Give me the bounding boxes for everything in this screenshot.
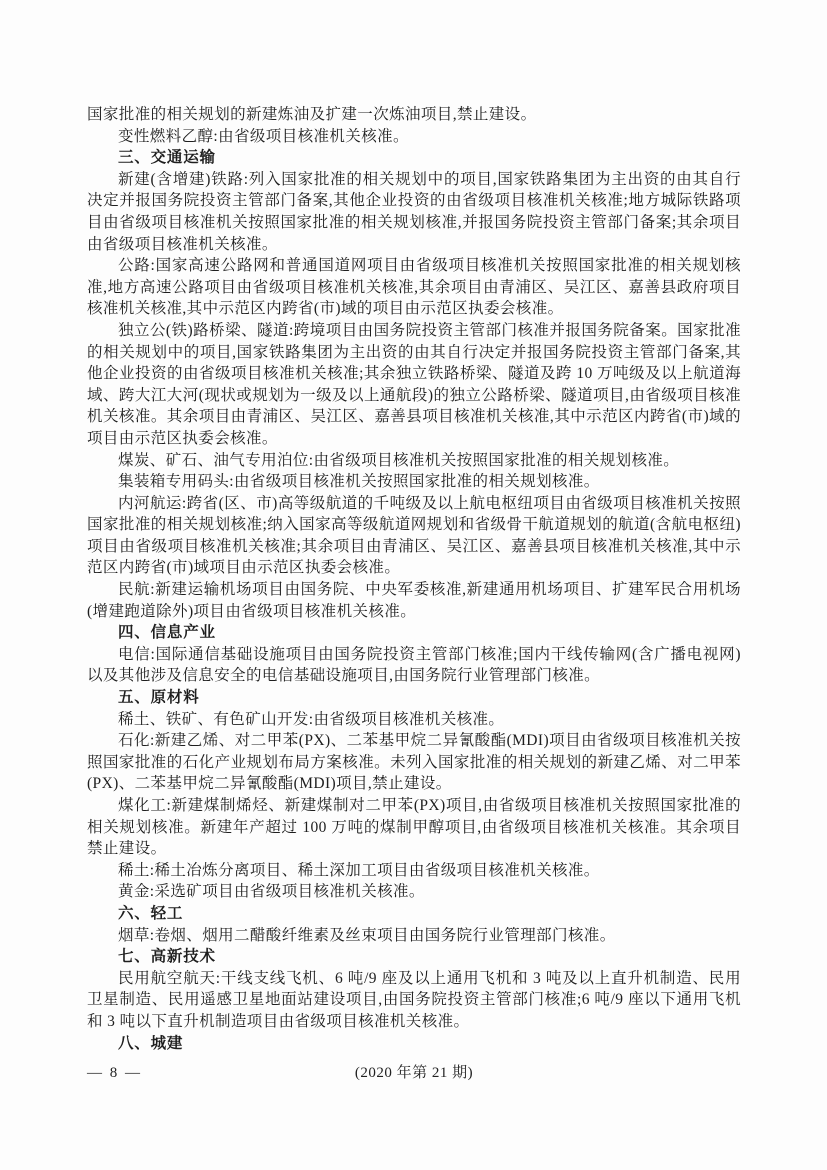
section-heading: 三、交通运输: [87, 147, 741, 169]
paragraph: 煤化工:新建煤制烯烃、新建煤制对二甲苯(PX)项目,由省级项目核准机关按照国家批…: [87, 795, 741, 860]
section-heading: 四、信息产业: [87, 622, 741, 644]
paragraph: 烟草:卷烟、烟用二醋酸纤维素及丝束项目由国务院行业管理部门核准。: [87, 925, 741, 947]
paragraph: 黄金:采选矿项目由省级项目核准机关核准。: [87, 881, 741, 903]
paragraph: 集装箱专用码头:由省级项目核准机关按照国家批准的相关规划核准。: [87, 471, 741, 493]
section-heading: 八、城建: [87, 1033, 741, 1055]
paragraph: 石化:新建乙烯、对二甲苯(PX)、二苯基甲烷二异氰酸酯(MDI)项目由省级项目核…: [87, 730, 741, 795]
issue-label: (2020 年第 21 期): [87, 1062, 741, 1084]
paragraph: 变性燃料乙醇:由省级项目核准机关核准。: [87, 126, 741, 148]
paragraph: 新建(含增建)铁路:列入国家批准的相关规划中的项目,国家铁路集团为主出资的由其自…: [87, 169, 741, 255]
paragraph: 国家批准的相关规划的新建炼油及扩建一次炼油项目,禁止建设。: [87, 104, 741, 126]
paragraph: 内河航运:跨省(区、市)高等级航道的千吨级及以上航电枢纽项目由省级项目核准机关按…: [87, 493, 741, 579]
paragraph: 稀土:稀土冶炼分离项目、稀土深加工项目由省级项目核准机关核准。: [87, 860, 741, 882]
paragraph: 稀土、铁矿、有色矿山开发:由省级项目核准机关核准。: [87, 709, 741, 731]
section-heading: 六、轻工: [87, 903, 741, 925]
section-heading: 五、原材料: [87, 687, 741, 709]
page-footer: — 8 — (2020 年第 21 期): [87, 1062, 741, 1084]
page-number: — 8 —: [87, 1062, 142, 1084]
paragraph: 民用航空航天:干线支线飞机、6 吨/9 座及以上通用飞机和 3 吨及以上直升机制…: [87, 968, 741, 1033]
paragraph: 煤炭、矿石、油气专用泊位:由省级项目核准机关按照国家批准的相关规划核准。: [87, 450, 741, 472]
document-content: 国家批准的相关规划的新建炼油及扩建一次炼油项目,禁止建设。变性燃料乙醇:由省级项…: [87, 104, 741, 1054]
paragraph: 电信:国际通信基础设施项目由国务院投资主管部门核准;国内干线传输网(含广播电视网…: [87, 644, 741, 687]
paragraph: 民航:新建运输机场项目由国务院、中央军委核准,新建通用机场项目、扩建军民合用机场…: [87, 579, 741, 622]
section-heading: 七、高新技术: [87, 946, 741, 968]
document-page: 国家批准的相关规划的新建炼油及扩建一次炼油项目,禁止建设。变性燃料乙醇:由省级项…: [0, 0, 827, 1170]
paragraph: 独立公(铁)路桥梁、隧道:跨境项目由国务院投资主管部门核准并报国务院备案。国家批…: [87, 320, 741, 450]
paragraph: 公路:国家高速公路网和普通国道网项目由省级项目核准机关按照国家批准的相关规划核准…: [87, 255, 741, 320]
